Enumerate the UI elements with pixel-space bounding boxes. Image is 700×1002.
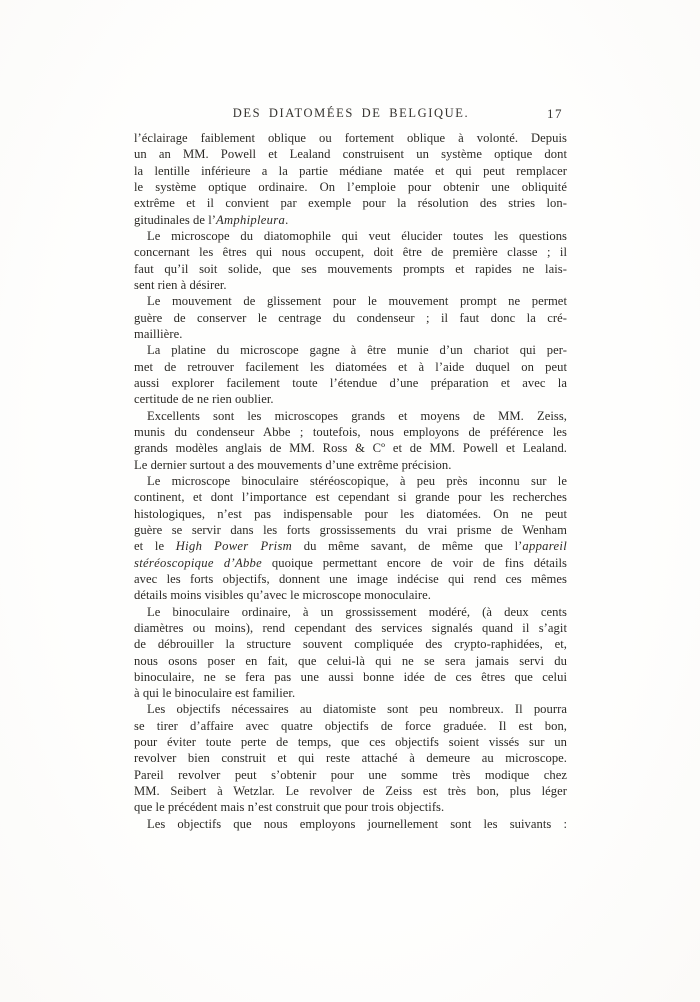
paragraph: Les objectifs que nous employons journel… — [134, 816, 567, 832]
text-line: Les objectifs que nous employons journel… — [134, 816, 567, 832]
text-line: gitudinales de l’Amphipleura. — [134, 212, 567, 228]
italic-text: appareil — [522, 539, 567, 553]
paragraph: Le binoculaire ordinaire, à un grossisse… — [134, 604, 567, 702]
paragraph: Le microscope du diatomophile qui veut é… — [134, 228, 567, 293]
italic-text: High Power Prism — [176, 539, 292, 553]
text-line: continent, et dont l’importance est cepe… — [134, 489, 567, 505]
text-line: La platine du microscope gagne à être mu… — [134, 342, 567, 358]
text-line: le système optique ordinaire. On l’emplo… — [134, 179, 567, 195]
text-line: de débrouiller la structure souvent comp… — [134, 636, 567, 652]
text-line: Le mouvement de glissement pour le mouve… — [134, 293, 567, 309]
running-head: DES DIATOMÉES DE BELGIQUE. 17 — [135, 106, 567, 124]
paragraph: Les objectifs nécessaires au diatomiste … — [134, 701, 567, 815]
text-line: stéréoscopique d’Abbe quoique permettant… — [134, 555, 567, 571]
text-line: se tirer d’affaire avec quatre objectifs… — [134, 718, 567, 734]
text-line: guère de conserver le centrage du conden… — [134, 310, 567, 326]
paragraph: Le microscope binoculaire stéréoscopique… — [134, 473, 567, 604]
paragraph: La platine du microscope gagne à être mu… — [134, 342, 567, 407]
book-page: DES DIATOMÉES DE BELGIQUE. 17 l’éclairag… — [0, 0, 700, 1002]
paragraph: l’éclairage faiblement oblique ou fortem… — [134, 130, 567, 228]
text-line: sent rien à désirer. — [134, 277, 567, 293]
text-line: histologiques, n’est pas indispensable p… — [134, 506, 567, 522]
text-block: l’éclairage faiblement oblique ou fortem… — [134, 130, 567, 832]
text-line: Le dernier surtout a des mouvements d’un… — [134, 457, 567, 473]
text-line: Les objectifs nécessaires au diatomiste … — [134, 701, 567, 717]
text-line: Le microscope du diatomophile qui veut é… — [134, 228, 567, 244]
text-line: extrême et il convient par exemple pour … — [134, 195, 567, 211]
text-line: Le microscope binoculaire stéréoscopique… — [134, 473, 567, 489]
text-line: grands modèles anglais de MM. Ross & Cº … — [134, 440, 567, 456]
text-line: et le High Power Prism du même savant, d… — [134, 538, 567, 554]
text-line: détails moins visibles qu’avec le micros… — [134, 587, 567, 603]
text-line: concernant les êtres qui nous occupent, … — [134, 244, 567, 260]
text-line: Excellents sont les microscopes grands e… — [134, 408, 567, 424]
text-line: Pareil revolver peut s’obtenir pour une … — [134, 767, 567, 783]
text-line: nous osons poser en fait, que celui-là q… — [134, 653, 567, 669]
text-line: binoculaire, ne se fera pas une aussi bo… — [134, 669, 567, 685]
text-line: maillière. — [134, 326, 567, 342]
italic-text: stéréoscopique d’Abbe — [134, 556, 262, 570]
text-line: Le binoculaire ordinaire, à un grossisse… — [134, 604, 567, 620]
text-line: à qui le binoculaire est familier. — [134, 685, 567, 701]
text-line: que le précédent mais n’est construit qu… — [134, 799, 567, 815]
text-line: MM. Seibert à Wetzlar. Le revolver de Ze… — [134, 783, 567, 799]
paragraph: Le mouvement de glissement pour le mouve… — [134, 293, 567, 342]
text-line: un an MM. Powell et Lealand construisent… — [134, 146, 567, 162]
paragraph: Excellents sont les microscopes grands e… — [134, 408, 567, 473]
text-line: pour éviter toute perte de temps, que ce… — [134, 734, 567, 750]
text-line: met de retrouver facilement les diatomée… — [134, 359, 567, 375]
text-line: la lentille inférieure a la partie média… — [134, 163, 567, 179]
text-line: faut qu’il soit solide, que ses mouvemen… — [134, 261, 567, 277]
italic-text: Amphipleura — [216, 213, 285, 227]
text-line: avec les forts objectifs, donnent une im… — [134, 571, 567, 587]
text-line: certitude de ne rien oublier. — [134, 391, 567, 407]
text-line: l’éclairage faiblement oblique ou fortem… — [134, 130, 567, 146]
text-line: guère se servir dans les forts grossisse… — [134, 522, 567, 538]
text-line: munis du condenseur Abbe ; toutefois, no… — [134, 424, 567, 440]
running-title: DES DIATOMÉES DE BELGIQUE. — [135, 106, 567, 121]
text-line: diamètres ou moins), rend cependant des … — [134, 620, 567, 636]
text-line: revolver bien construit et qui reste att… — [134, 750, 567, 766]
page-number: 17 — [547, 106, 563, 122]
text-line: aussi explorer facilement toute l’étendu… — [134, 375, 567, 391]
